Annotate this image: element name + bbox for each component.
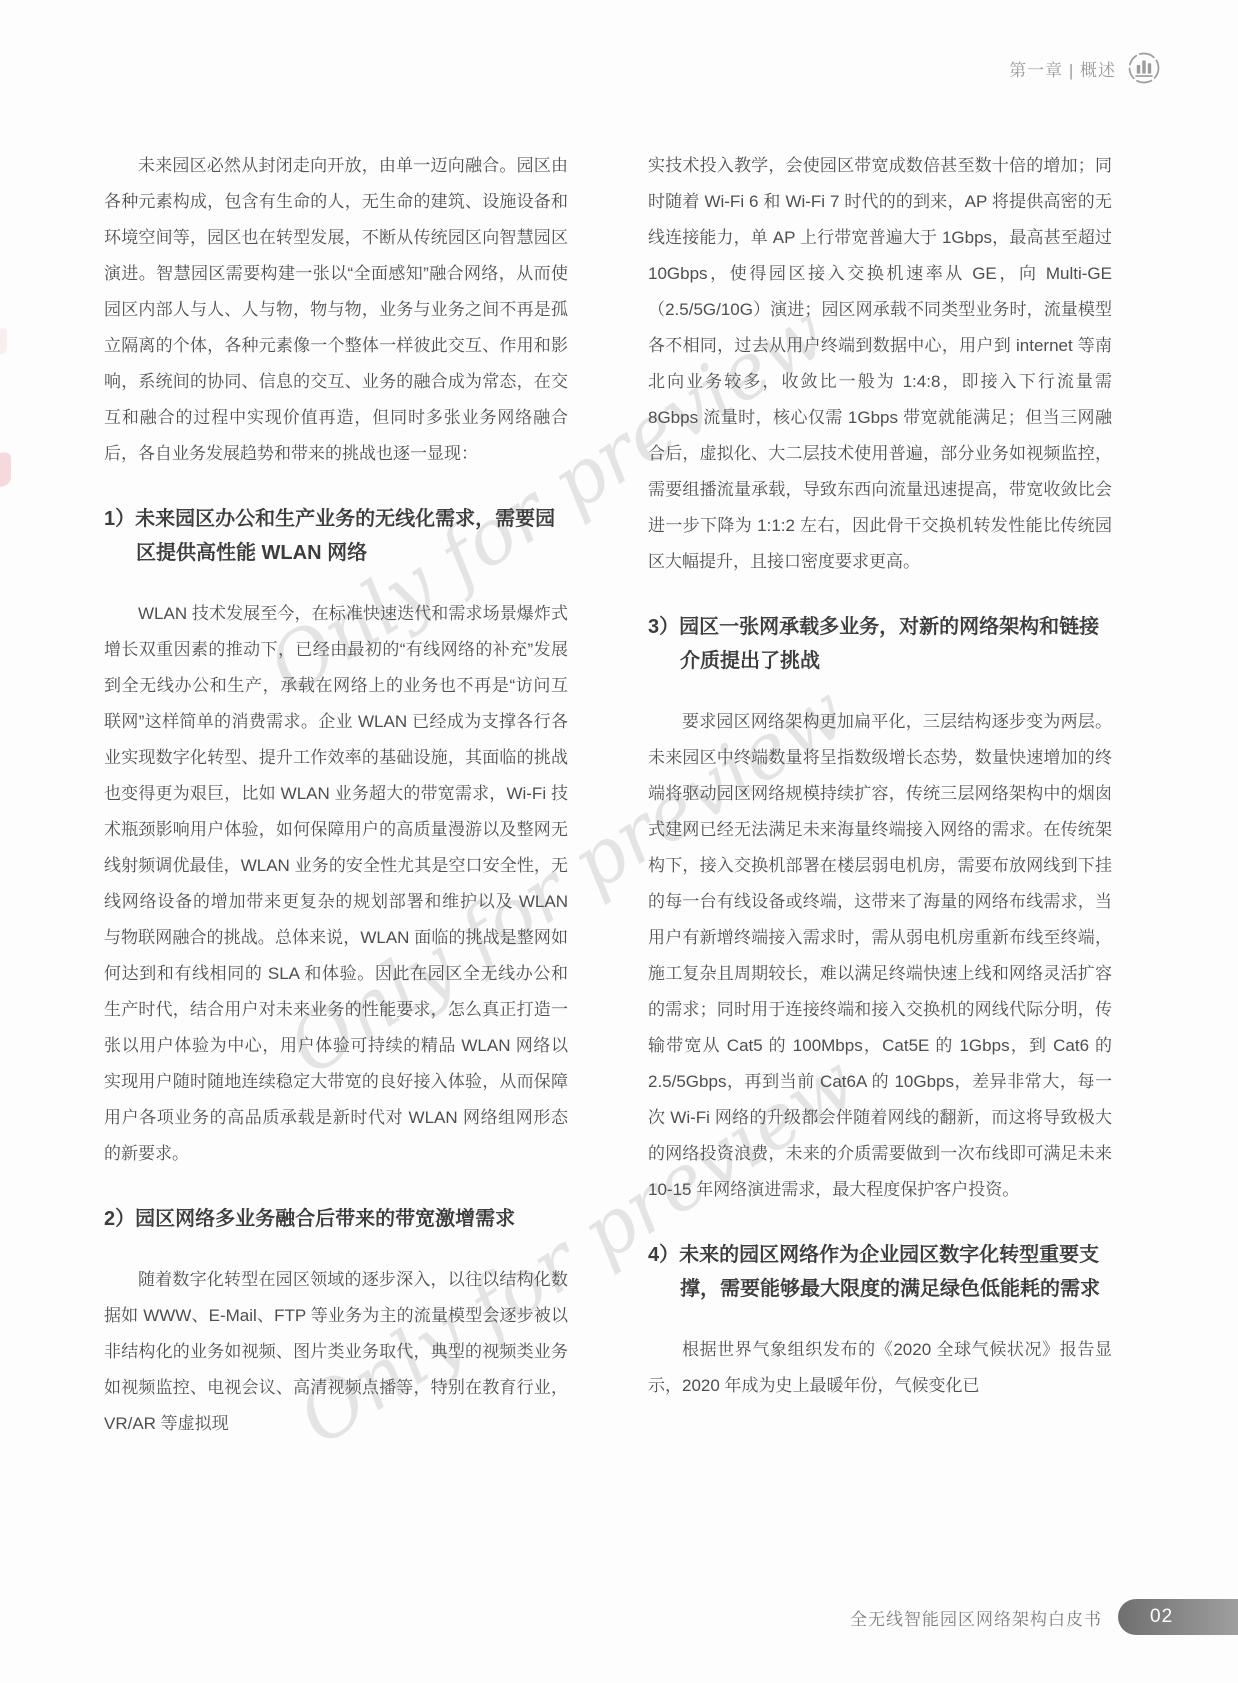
bandwidth-paragraph-continued: 实技术投入教学，会使园区带宽成数倍甚至数十倍的增加；同时随着 Wi-Fi 6 和… [648,148,1112,580]
left-column: 未来园区必然从封闭走向开放，由单一迈向融合。园区由各种元素构成，包含有生命的人，… [104,148,568,1442]
section-heading-2: 2）园区网络多业务融合后带来的带宽激增需求 [104,1202,568,1236]
section-heading-4: 4）未来的园区网络作为企业园区数字化转型重要支撑，需要能够最大限度的满足绿色低能… [648,1238,1112,1306]
green-energy-paragraph: 根据世界气象组织发布的《2020 全球气候状况》报告显示，2020 年成为史上最… [648,1332,1112,1404]
red-edge-mark [0,451,11,487]
footer-book-title: 全无线智能园区网络架构白皮书 [850,1605,1102,1630]
whitepaper-page: Only for preview Only for preview Only f… [0,0,1238,1683]
section-heading-1: 1）未来园区办公和生产业务的无线化需求，需要园区提供高性能 WLAN 网络 [104,502,568,570]
page-body: 未来园区必然从封闭走向开放，由单一迈向融合。园区由各种元素构成，包含有生命的人，… [104,148,1112,1442]
page-header: 第一章 | 概述 [1009,50,1162,86]
right-column: 实技术投入教学，会使园区带宽成数倍甚至数十倍的增加；同时随着 Wi-Fi 6 和… [648,148,1112,1442]
red-edge-mark [0,327,7,355]
chapter-label: 第一章 | 概述 [1009,56,1116,81]
section-heading-3: 3）园区一张网承载多业务，对新的网络架构和链接介质提出了挑战 [648,610,1112,678]
bandwidth-paragraph: 随着数字化转型在园区领域的逐步深入，以往以结构化数据如 WWW、E-Mail、F… [104,1262,568,1442]
architecture-paragraph: 要求园区网络架构更加扁平化，三层结构逐步变为两层。未来园区中终端数量将呈指数级增… [648,704,1112,1208]
page-footer: 全无线智能园区网络架构白皮书 02 [850,1599,1238,1635]
wlan-paragraph: WLAN 技术发展至今，在标准快速迭代和需求场景爆炸式增长双重因素的推动下，已经… [104,596,568,1172]
intro-paragraph: 未来园区必然从封闭走向开放，由单一迈向融合。园区由各种元素构成，包含有生命的人，… [104,148,568,472]
chart-bars-icon [1126,50,1162,86]
page-number-badge: 02 [1118,1599,1238,1635]
